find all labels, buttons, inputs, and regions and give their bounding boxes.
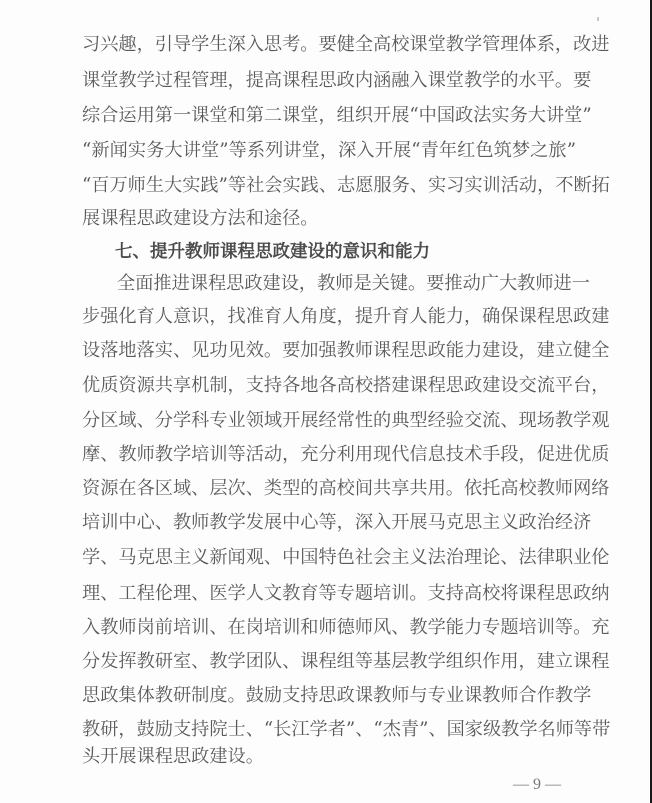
- paragraph-2-line-11: 入教师岗前培训、在岗培训和师德师风、教学能力专题培训等。充: [82, 616, 576, 640]
- paragraph-2-line-9: 学、马克思主义新闻观、中国特色社会主义法治理论、法律职业伦: [82, 546, 576, 570]
- paragraph-1-line-6: 展课程思政建设方法和途径。: [82, 207, 576, 231]
- paragraph-1-line-2: 课堂教学过程管理，提高课程思政内涵融入课堂教学的水平。要: [82, 69, 576, 93]
- paragraph-2-line-1: 全面推进课程思政建设，教师是关键。要推动广大教师进一: [117, 272, 576, 296]
- paragraph-2-line-4: 优质资源共享机制，支持各地各高校搭建课程思政建设交流平台，: [82, 374, 576, 398]
- paragraph-1-line-1: 习兴趣，引导学生深入思考。要健全高校课堂教学管理体系，改进: [82, 33, 576, 57]
- paragraph-2-line-12: 分发挥教研室、教学团队、课程组等基层教学组织作用，建立课程: [82, 650, 576, 674]
- paragraph-2-line-8: 培训中心、教师教学发展中心等，深入开展马克思主义政治经济: [82, 511, 576, 535]
- paragraph-2-line-6: 摩、教师教学培训等活动，充分利用现代信息技术手段，促进优质: [82, 443, 576, 467]
- paragraph-1-line-5: “百万师生大实践”等社会实践、志愿服务、实习实训活动，不断拓: [82, 174, 576, 198]
- paragraph-2-line-14: 教研，鼓励支持院士、“长江学者”、“杰青”、国家级教学名师等带: [82, 718, 576, 742]
- page-number: — 9 —: [513, 775, 561, 795]
- paragraph-1-line-3: 综合运用第一课堂和第二课堂，组织开展“中国政法实务大讲堂”: [82, 104, 576, 128]
- paragraph-2-line-2: 步强化育人意识，找准育人角度，提升育人能力，确保课程思政建: [82, 305, 576, 329]
- paragraph-1-line-4: “新闻实务大讲堂”等系列讲堂，深入开展“青年红色筑梦之旅”: [82, 139, 576, 163]
- scan-speck: [597, 17, 599, 21]
- paragraph-2-line-3: 设落地落实、见功见效。要加强教师课程思政能力建设，建立健全: [82, 339, 576, 363]
- paragraph-2-line-5: 分区域、分学科专业领域开展经常性的典型经验交流、现场教学观: [82, 409, 576, 433]
- paragraph-2-line-10: 理、工程伦理、医学人文教育等专题培训。支持高校将课程思政纳: [82, 582, 576, 606]
- paragraph-2-line-13: 思政集体教研制度。鼓励支持思政课教师与专业课教师合作教学: [82, 684, 576, 708]
- paragraph-2-line-15: 头开展课程思政建设。: [82, 745, 576, 769]
- paragraph-2-line-7: 资源在各区域、层次、类型的高校间共享共用。依托高校教师网络: [82, 477, 576, 501]
- document-page: 习兴趣，引导学生深入思考。要健全高校课堂教学管理体系，改进 课堂教学过程管理，提…: [0, 0, 652, 803]
- section-heading: 七、提升教师课程思政建设的意识和能力: [115, 240, 430, 264]
